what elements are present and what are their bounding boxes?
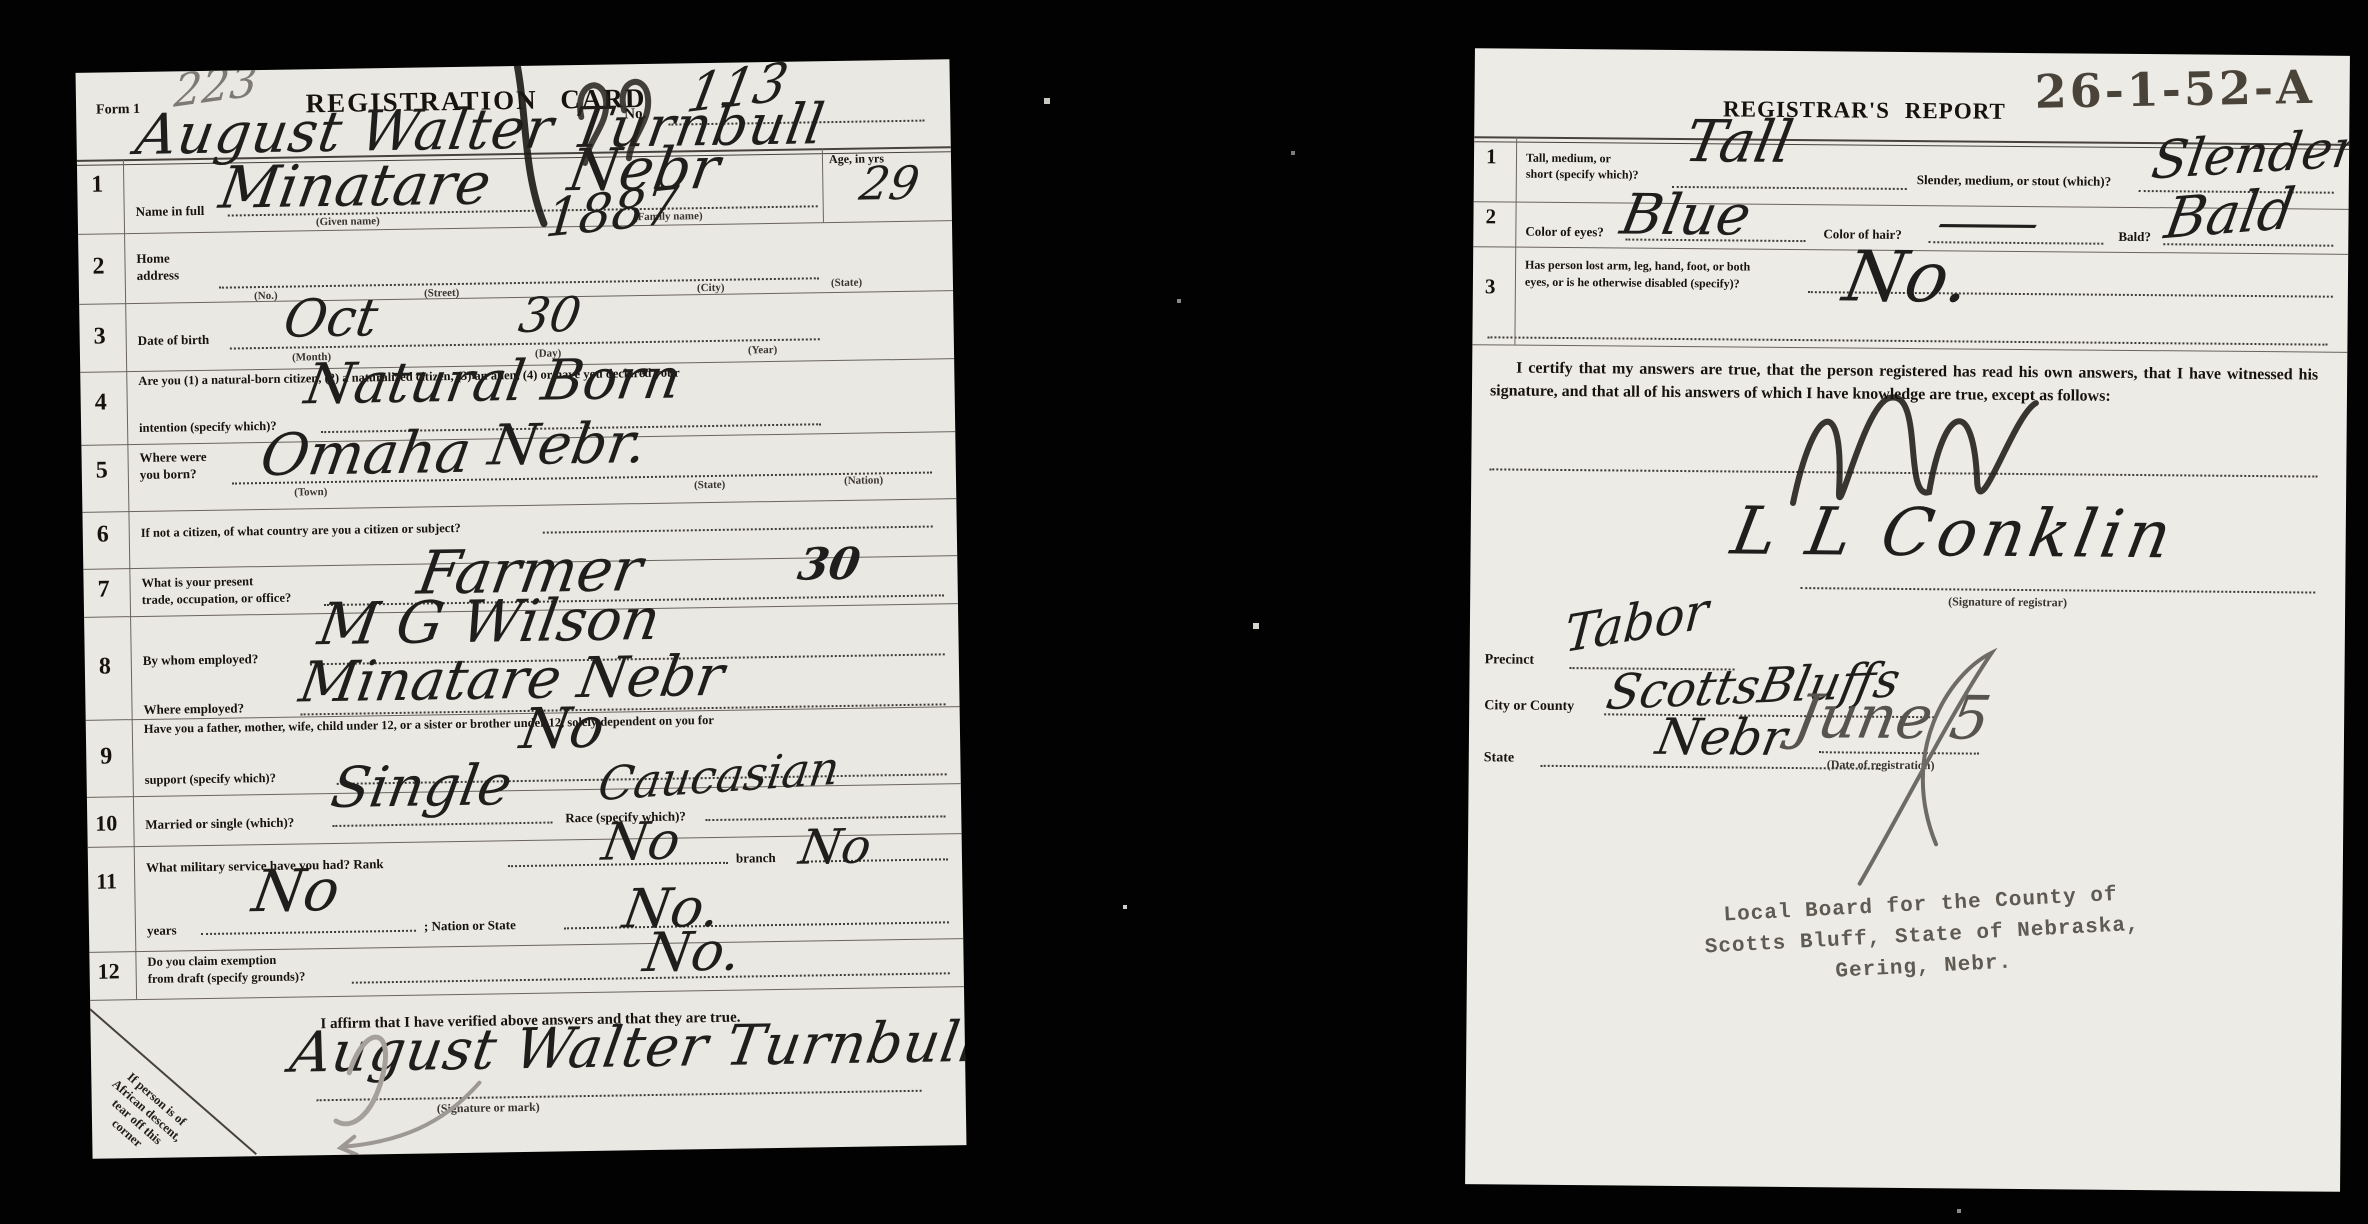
serial-stamp-code: 26-1-52-A bbox=[2034, 60, 2315, 119]
q5-row-number: 5 bbox=[96, 458, 108, 482]
number-column-divider bbox=[123, 159, 137, 999]
q7-label-line2: trade, occupation, or office? bbox=[142, 592, 292, 608]
registration-card: Form 1 223 REGISTRATION CARD No. 113 1 N… bbox=[76, 59, 967, 1159]
certification-statement: I certify that my answers are true, that… bbox=[1490, 356, 2318, 409]
registrant-signature: August Walter Turnbull bbox=[286, 1015, 966, 1082]
q3-row-number: 3 bbox=[93, 324, 105, 348]
local-board-stamp: Local Board for the County of Scotts Blu… bbox=[1590, 873, 2254, 1000]
q12-label-line2: from draft (specify grounds)? bbox=[148, 970, 306, 986]
registrar-signature-sub: (Signature of registrar) bbox=[1948, 594, 2067, 610]
q8-label-by-whom: By whom employed? bbox=[143, 652, 259, 668]
q2-label-home: Home bbox=[136, 251, 169, 266]
signature-line bbox=[317, 1090, 922, 1102]
q5-sub-state: (State) bbox=[694, 479, 725, 491]
q11-row-number: 11 bbox=[96, 870, 117, 892]
q6-answer-line bbox=[543, 526, 933, 534]
q2-answer-line bbox=[219, 277, 819, 288]
scan-specks bbox=[0, 0, 2, 2]
q10-row-number: 10 bbox=[95, 812, 117, 834]
q10-label-married: Married or single (which)? bbox=[145, 816, 294, 833]
state-label: State bbox=[1484, 750, 1514, 766]
pen-scribble bbox=[1793, 397, 2036, 506]
q6-row-number: 6 bbox=[97, 522, 109, 546]
precinct-label: Precinct bbox=[1485, 652, 1535, 668]
row-divider bbox=[1472, 344, 2347, 353]
q12-answer: No. bbox=[640, 925, 745, 981]
q4-question-line2: intention (specify which)? bbox=[139, 420, 277, 436]
r2-answer-eyes: Blue bbox=[1616, 188, 1755, 245]
q3-sub-year: (Year) bbox=[748, 344, 778, 356]
q3-label: Date of birth bbox=[138, 333, 210, 348]
q7-label-line1: What is your present bbox=[141, 575, 253, 591]
q5-answer-town: Omaha bbox=[257, 423, 475, 484]
q11-answer-rank: No bbox=[599, 815, 684, 868]
q2-answer-city: Minatare bbox=[216, 154, 495, 216]
r2-row-number: 2 bbox=[1485, 206, 1496, 227]
pencil-stroke bbox=[339, 1083, 480, 1155]
q12-label-line1: Do you claim exemption bbox=[147, 954, 276, 970]
r2-label-bald: Bald? bbox=[2118, 230, 2151, 245]
q8-answer-employer: M G Wilson bbox=[315, 590, 665, 653]
row-divider bbox=[82, 498, 956, 513]
q2-sub-street: (Street) bbox=[424, 287, 459, 300]
q3-answer-day: 30 bbox=[516, 291, 585, 340]
registrar-signature: L L Conklin bbox=[1727, 499, 2181, 569]
q3-answer-year: 1887 bbox=[543, 179, 680, 245]
r3-question-line1: Has person lost arm, leg, hand, foot, or… bbox=[1525, 259, 1750, 274]
r3-question-line2: eyes, or is he otherwise disabled (speci… bbox=[1525, 276, 1740, 291]
registration-date-line bbox=[1819, 751, 1979, 754]
q9-row-number: 9 bbox=[100, 744, 112, 768]
section-dotted-rule bbox=[1487, 336, 2327, 345]
registrar-signature-line bbox=[1800, 587, 2315, 593]
r2-answer-bald: Bald bbox=[2161, 181, 2298, 248]
r1-label-height-line1: Tall, medium, or bbox=[1526, 152, 1611, 166]
q4-answer: Natural Born bbox=[301, 351, 684, 413]
r1-label-build: Slender, medium, or stout (which)? bbox=[1917, 173, 2111, 189]
r1-answer-height: Tall bbox=[1681, 112, 1798, 171]
q7-row-number: 7 bbox=[97, 577, 109, 601]
q11-label-years: years bbox=[147, 923, 177, 938]
q11-answer-branch: No bbox=[796, 822, 875, 871]
registration-date-value: June 5 bbox=[1790, 687, 1995, 749]
registrars-report-card: REGISTRAR'S REPORT 26-1-52-A 1 Tall, med… bbox=[1465, 48, 2350, 1192]
q5-label-line2: you born? bbox=[140, 467, 197, 482]
q2-row-number: 2 bbox=[92, 255, 104, 279]
q11-years-line bbox=[201, 930, 416, 935]
form-number-label: Form 1 bbox=[96, 102, 140, 118]
q9-answer: No bbox=[516, 701, 608, 758]
q1-row-number: 1 bbox=[91, 173, 103, 197]
q6-question: If not a citizen, of what country are yo… bbox=[141, 522, 461, 541]
precinct-value: Tabor bbox=[1563, 585, 1710, 660]
q10-answer-race: Caucasian bbox=[596, 744, 843, 807]
registration-date-sub: (Date of registration) bbox=[1827, 757, 1935, 773]
q8-row-number: 8 bbox=[99, 654, 111, 678]
row-divider bbox=[90, 986, 964, 1001]
q12-row-number: 12 bbox=[97, 960, 119, 982]
number-column-divider bbox=[1514, 137, 1517, 345]
q4-row-number: 4 bbox=[95, 390, 107, 414]
q7-note-number: 30 bbox=[795, 543, 863, 588]
q5-label-line1: Where were bbox=[139, 450, 206, 465]
exceptions-line bbox=[1489, 468, 2317, 477]
q11-label-branch: branch bbox=[736, 851, 776, 866]
q2-sub-state: (State) bbox=[831, 277, 862, 289]
q5-sub-nation: (Nation) bbox=[844, 474, 883, 487]
r1-row-number: 1 bbox=[1486, 146, 1497, 167]
r3-answer: No. bbox=[1839, 241, 1976, 312]
scanned-draft-cards-page: { "left_card": { "form_label": "Form 1",… bbox=[0, 0, 2368, 1224]
age-box-divider bbox=[822, 148, 824, 222]
row-divider bbox=[78, 220, 952, 235]
q1-label: Name in full bbox=[136, 204, 205, 219]
signature-sub-label: (Signature or mark) bbox=[437, 1100, 540, 1117]
state-value: Nebr bbox=[1652, 712, 1790, 763]
q10-answer-line1 bbox=[332, 822, 552, 827]
r3-row-number: 3 bbox=[1485, 276, 1496, 297]
city-county-label: City or County bbox=[1484, 698, 1574, 714]
q9-question-line2: support (specify which)? bbox=[145, 772, 276, 788]
q10-answer-married: Single bbox=[327, 758, 515, 817]
r2-label-eyes: Color of eyes? bbox=[1525, 225, 1604, 240]
q2-sub-city: (City) bbox=[697, 282, 725, 294]
q8-label-where: Where employed? bbox=[143, 701, 244, 717]
row-divider bbox=[79, 290, 953, 305]
q11-label-nation-state: ; Nation or State bbox=[424, 918, 516, 934]
row-divider bbox=[89, 938, 963, 953]
r1-answer-build: Slender bbox=[2148, 122, 2350, 187]
q2-label-address: address bbox=[137, 268, 180, 283]
q5-answer-state: Nebr. bbox=[485, 416, 650, 475]
q11-answer-years: No bbox=[249, 861, 344, 920]
age-value: 29 bbox=[857, 160, 923, 207]
q8-answer-where: Minatare Nebr bbox=[296, 649, 728, 712]
q2-sub-no: (No.) bbox=[254, 290, 278, 302]
r1-label-height-line2: short (specify which)? bbox=[1526, 168, 1639, 182]
q3-answer-month: Oct bbox=[280, 292, 381, 346]
